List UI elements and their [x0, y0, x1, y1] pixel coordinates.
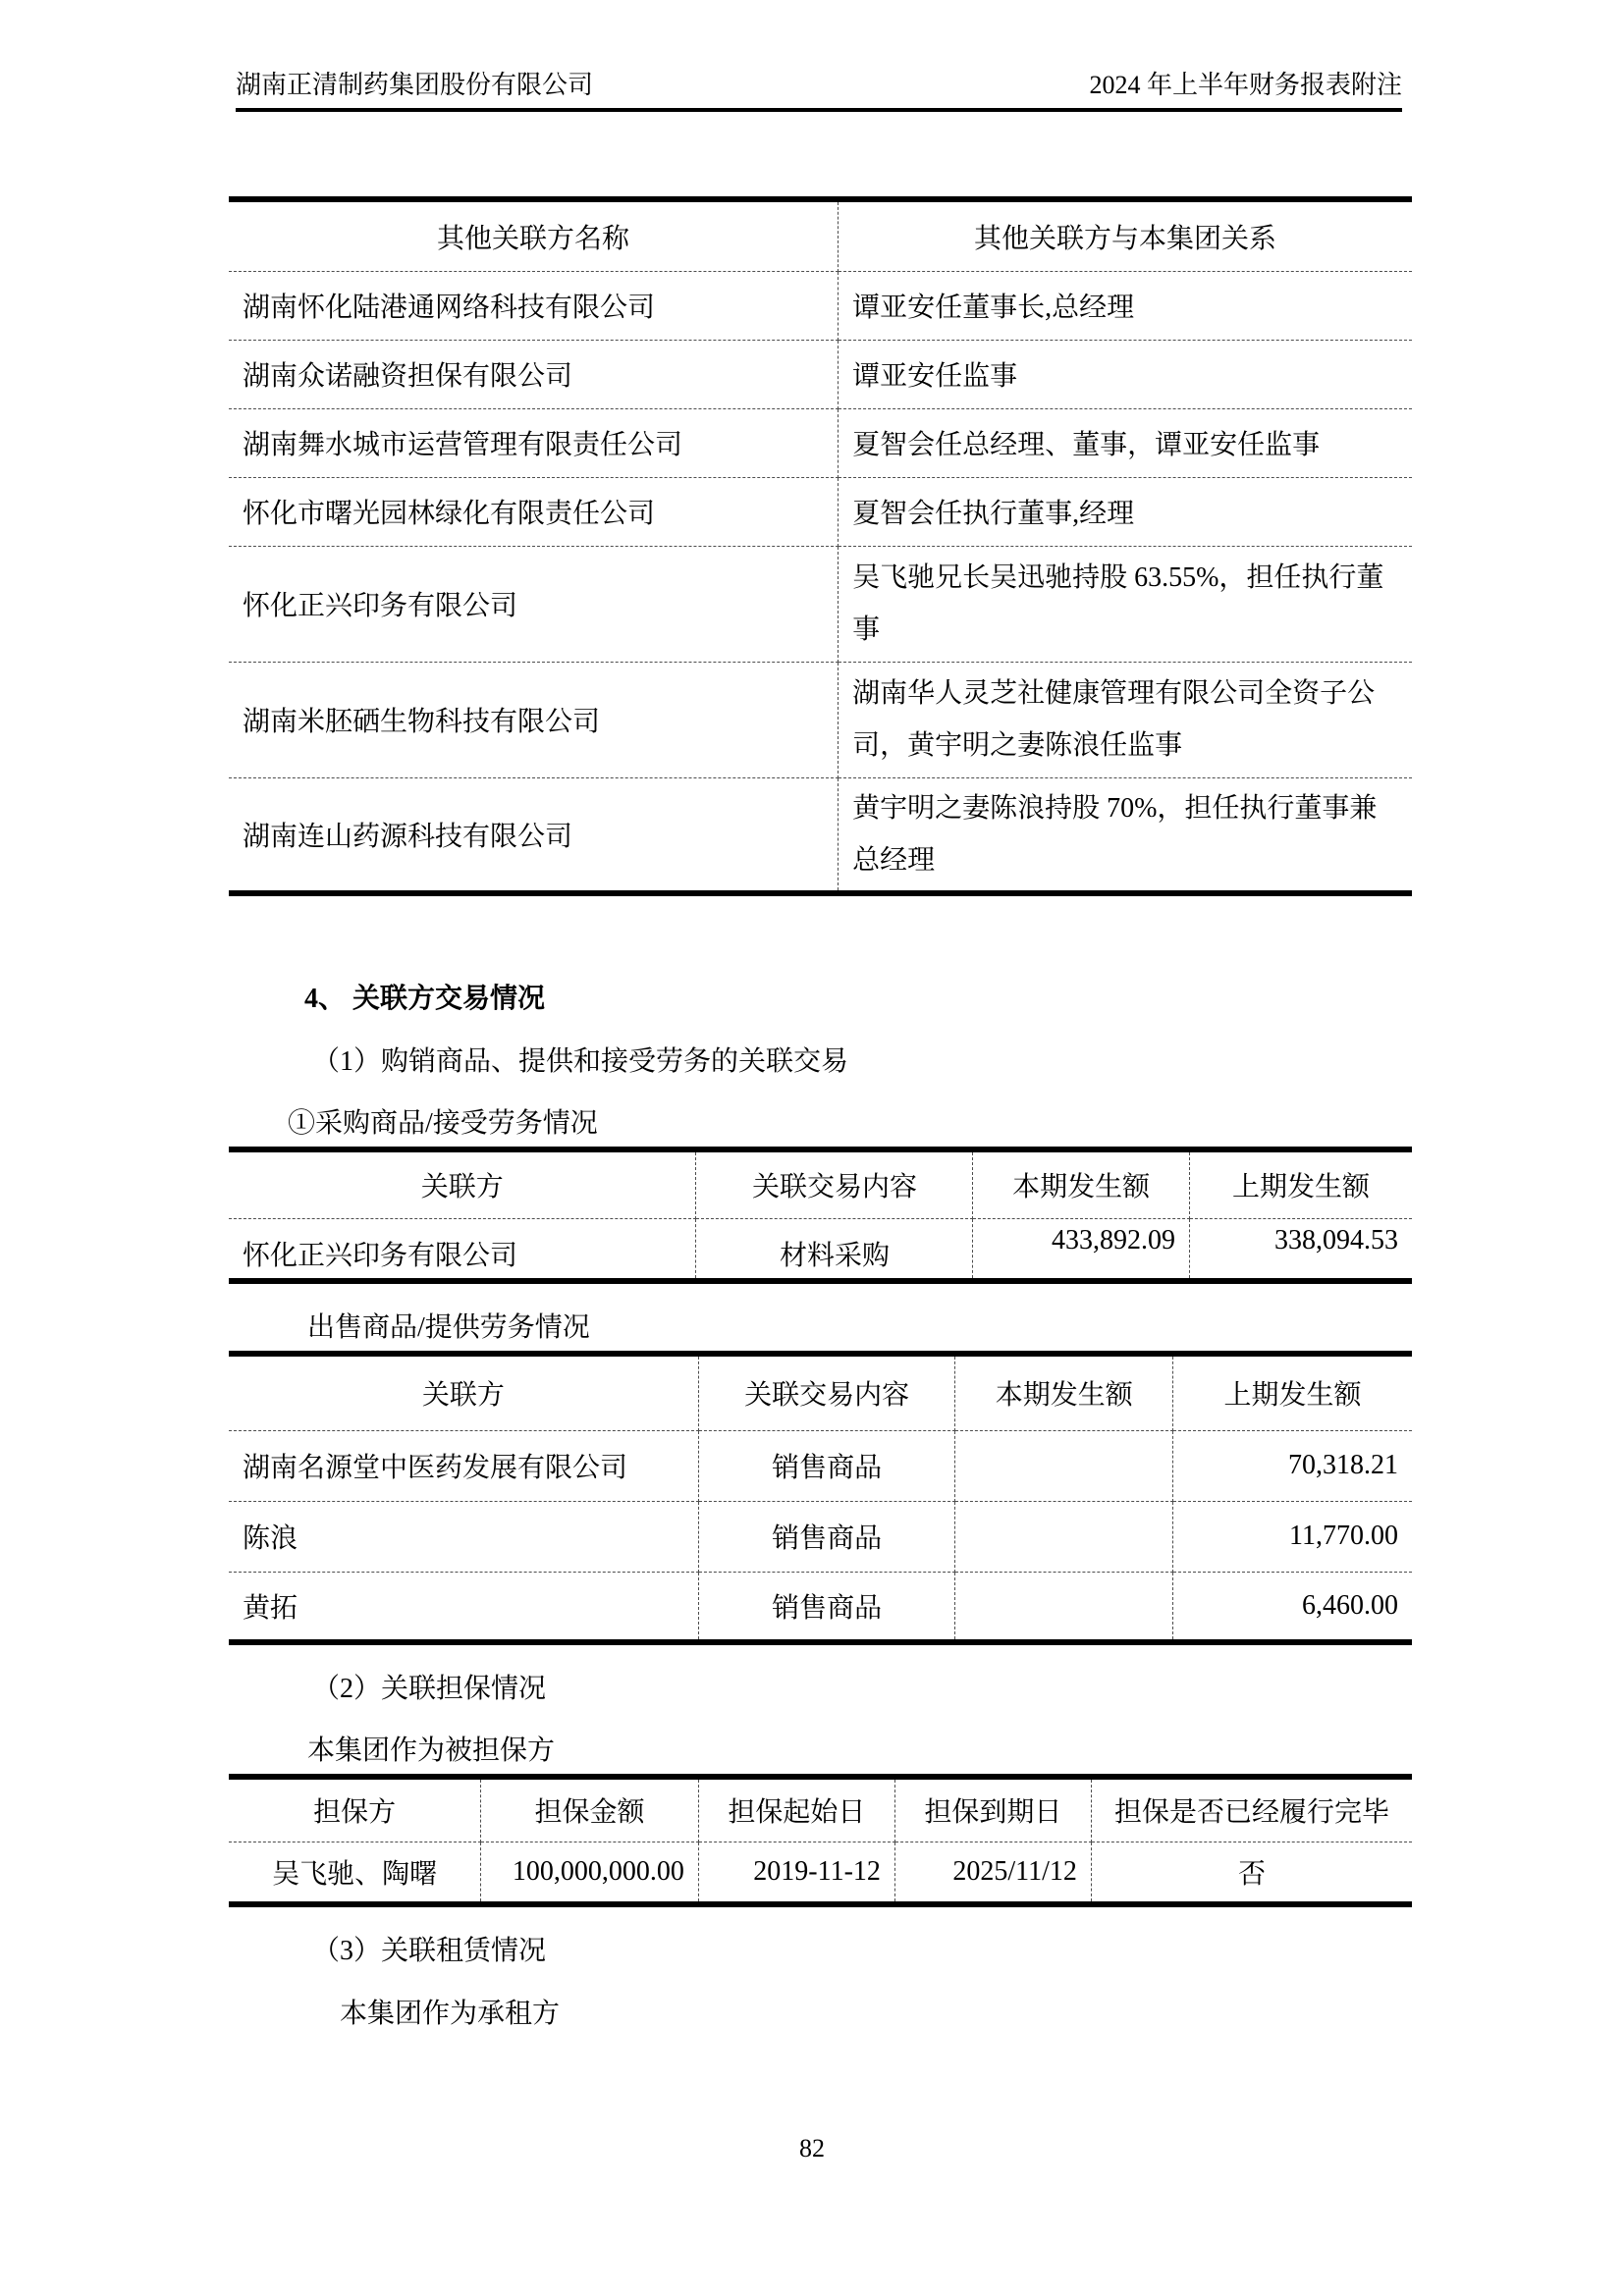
sales-content: 销售商品 — [698, 1430, 954, 1501]
purchase-table-header-row: 关联方 关联交易内容 本期发生额 上期发生额 — [229, 1149, 1412, 1218]
related-party-relation: 谭亚安任监事 — [839, 340, 1412, 408]
lease-role-label: 本集团作为承租方 — [340, 2000, 1412, 2029]
table-row: 湖南舞水城市运营管理有限责任公司 夏智会任总经理、董事，谭亚安任监事 — [229, 408, 1412, 477]
company-name: 湖南正清制药集团股份有限公司 — [236, 71, 593, 100]
table-row: 湖南名源堂中医药发展有限公司 销售商品 70,318.21 — [229, 1430, 1412, 1501]
guarantee-amount-header: 担保金额 — [481, 1777, 699, 1842]
purchase-current-header: 本期发生额 — [973, 1149, 1190, 1218]
page-header: 湖南正清制药集团股份有限公司 2024 年上半年财务报表附注 — [236, 71, 1402, 112]
guarantee-table-header-row: 担保方 担保金额 担保起始日 担保到期日 担保是否已经履行完毕 — [229, 1777, 1412, 1842]
table-row: 湖南众诺融资担保有限公司 谭亚安任监事 — [229, 340, 1412, 408]
guarantee-fulfilled-header: 担保是否已经履行完毕 — [1091, 1777, 1412, 1842]
related-party-relation: 谭亚安任董事长,总经理 — [839, 271, 1412, 340]
item-1-label: （1）购销商品、提供和接受劳务的关联交易 — [312, 1047, 1412, 1077]
sales-subsection-label: 出售商品/提供劳务情况 — [307, 1313, 1412, 1343]
related-party-name: 怀化市曙光园林绿化有限责任公司 — [229, 477, 839, 546]
related-party-name-header: 其他关联方名称 — [229, 199, 839, 271]
page-content: 其他关联方名称 其他关联方与本集团关系 湖南怀化陆港通网络科技有限公司 谭亚安任… — [229, 196, 1412, 2029]
sales-current-header: 本期发生额 — [955, 1354, 1173, 1430]
table-row: 湖南连山药源科技有限公司 黄宇明之妻陈浪持股 70%，担任执行董事兼总经理 — [229, 777, 1412, 893]
purchase-content: 材料采购 — [780, 1241, 890, 1271]
related-party-name: 湖南怀化陆港通网络科技有限公司 — [229, 271, 839, 340]
sales-content: 销售商品 — [698, 1572, 954, 1642]
sales-table: 关联方 关联交易内容 本期发生额 上期发生额 湖南名源堂中医药发展有限公司 销售… — [229, 1351, 1412, 1645]
sales-content: 销售商品 — [698, 1501, 954, 1572]
related-party-name: 怀化正兴印务有限公司 — [229, 546, 839, 662]
related-party-relation: 夏智会任总经理、董事，谭亚安任监事 — [839, 408, 1412, 477]
guarantee-table: 担保方 担保金额 担保起始日 担保到期日 担保是否已经履行完毕 吴飞驰、陶曙 1… — [229, 1774, 1412, 1907]
table-row: 陈浪 销售商品 11,770.00 — [229, 1501, 1412, 1572]
sales-party: 陈浪 — [229, 1501, 698, 1572]
related-party-relation: 吴飞驰兄长吴迅驰持股 63.55%，担任执行董事 — [839, 546, 1412, 662]
sales-prior-header: 上期发生额 — [1173, 1354, 1412, 1430]
item-3-label: （3）关联租赁情况 — [312, 1937, 1412, 1966]
guarantor-header: 担保方 — [229, 1777, 481, 1842]
sales-prior-amount: 6,460.00 — [1173, 1572, 1412, 1642]
purchase-prior-header: 上期发生额 — [1189, 1149, 1412, 1218]
guarantee-fulfilled: 否 — [1091, 1842, 1412, 1904]
report-title: 2024 年上半年财务报表附注 — [1089, 71, 1402, 100]
purchase-party-header: 关联方 — [229, 1149, 696, 1218]
item-2-label: （2）关联担保情况 — [312, 1675, 1412, 1704]
guarantee-amount: 100,000,000.00 — [481, 1842, 699, 1904]
guarantee-start-header: 担保起始日 — [698, 1777, 894, 1842]
purchase-subsection-label: ①采购商品/接受劳务情况 — [288, 1109, 1412, 1139]
related-party-relation: 夏智会任执行董事,经理 — [839, 477, 1412, 546]
purchase-current-amount: 433,892.09 — [1052, 1225, 1175, 1255]
guarantee-role-label: 本集团作为被担保方 — [307, 1736, 1412, 1766]
document-page: 湖南正清制药集团股份有限公司 2024 年上半年财务报表附注 其他关联方名称 其… — [0, 0, 1624, 2296]
sales-content-header: 关联交易内容 — [698, 1354, 954, 1430]
sales-current-amount — [955, 1572, 1173, 1642]
guarantee-end-header: 担保到期日 — [894, 1777, 1091, 1842]
sales-party: 黄拓 — [229, 1572, 698, 1642]
page-number: 82 — [0, 2134, 1624, 2163]
purchase-party: 怀化正兴印务有限公司 — [243, 1241, 517, 1271]
related-party-name: 湖南舞水城市运营管理有限责任公司 — [229, 408, 839, 477]
guarantor: 吴飞驰、陶曙 — [229, 1842, 481, 1904]
sales-party-header: 关联方 — [229, 1354, 698, 1430]
section-4-title: 4、 关联方交易情况 — [304, 985, 1412, 1014]
related-party-name: 湖南米胚硒生物科技有限公司 — [229, 662, 839, 777]
table-row: 湖南怀化陆港通网络科技有限公司 谭亚安任董事长,总经理 — [229, 271, 1412, 340]
sales-table-header-row: 关联方 关联交易内容 本期发生额 上期发生额 — [229, 1354, 1412, 1430]
related-party-relation: 湖南华人灵芝社健康管理有限公司全资子公司，黄宇明之妻陈浪任监事 — [839, 662, 1412, 777]
related-party-relation-header: 其他关联方与本集团关系 — [839, 199, 1412, 271]
sales-prior-amount: 11,770.00 — [1173, 1501, 1412, 1572]
table-row: 怀化正兴印务有限公司 材料采购 433,892.09 338,094.53 — [229, 1218, 1412, 1281]
table-row: 怀化正兴印务有限公司 吴飞驰兄长吴迅驰持股 63.55%，担任执行董事 — [229, 546, 1412, 662]
sales-prior-amount: 70,318.21 — [1173, 1430, 1412, 1501]
sales-current-amount — [955, 1501, 1173, 1572]
sales-current-amount — [955, 1430, 1173, 1501]
table-row: 吴飞驰、陶曙 100,000,000.00 2019-11-12 2025/11… — [229, 1842, 1412, 1904]
guarantee-start-date: 2019-11-12 — [698, 1842, 894, 1904]
purchase-content-header: 关联交易内容 — [696, 1149, 973, 1218]
table-row: 黄拓 销售商品 6,460.00 — [229, 1572, 1412, 1642]
table-row: 怀化市曙光园林绿化有限责任公司 夏智会任执行董事,经理 — [229, 477, 1412, 546]
related-party-relation: 黄宇明之妻陈浪持股 70%，担任执行董事兼总经理 — [839, 777, 1412, 893]
sales-party: 湖南名源堂中医药发展有限公司 — [229, 1430, 698, 1501]
table-row: 湖南米胚硒生物科技有限公司 湖南华人灵芝社健康管理有限公司全资子公司，黄宇明之妻… — [229, 662, 1412, 777]
guarantee-end-date: 2025/11/12 — [894, 1842, 1091, 1904]
related-party-table-header-row: 其他关联方名称 其他关联方与本集团关系 — [229, 199, 1412, 271]
related-party-name: 湖南众诺融资担保有限公司 — [229, 340, 839, 408]
purchase-prior-amount: 338,094.53 — [1274, 1225, 1398, 1255]
related-party-table: 其他关联方名称 其他关联方与本集团关系 湖南怀化陆港通网络科技有限公司 谭亚安任… — [229, 196, 1412, 896]
related-party-name: 湖南连山药源科技有限公司 — [229, 777, 839, 893]
purchase-table: 关联方 关联交易内容 本期发生额 上期发生额 怀化正兴印务有限公司 材料采购 4… — [229, 1147, 1412, 1284]
